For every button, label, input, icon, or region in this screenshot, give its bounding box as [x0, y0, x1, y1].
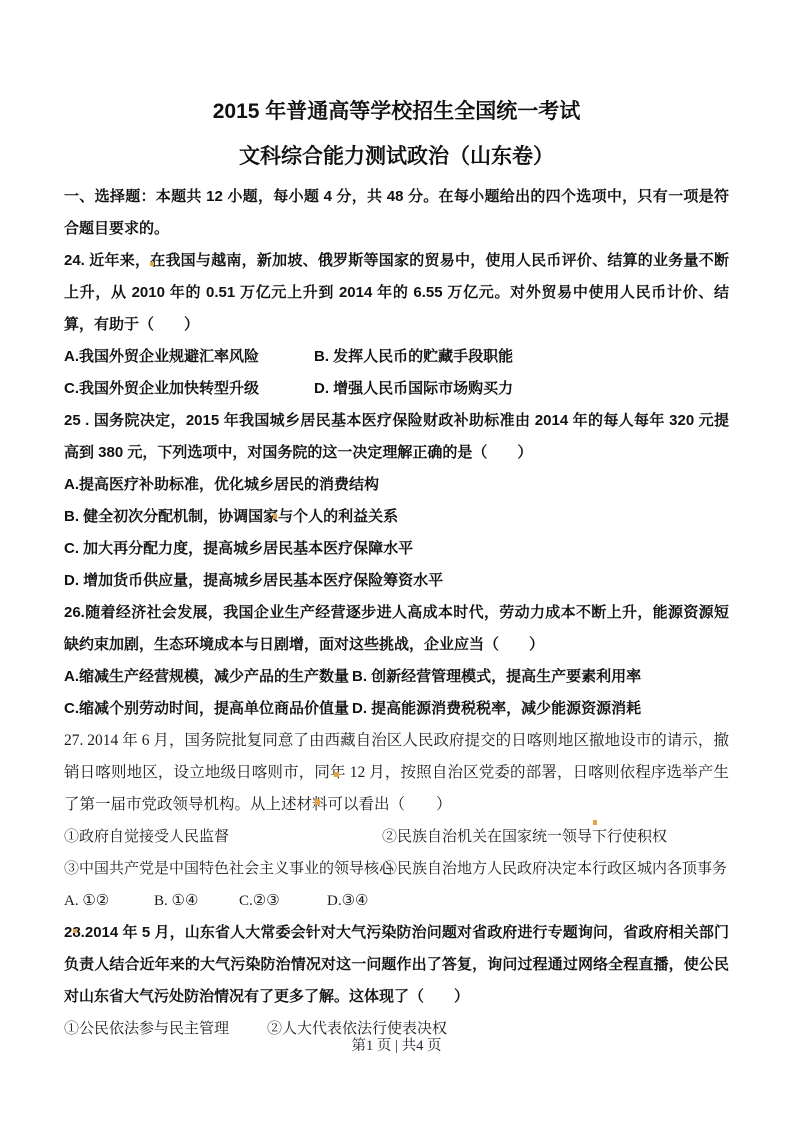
option-row: A.我国外贸企业规避汇率风险 B. 发挥人民币的贮藏手段职能: [64, 341, 729, 373]
statement-row: ③中国共产党是中国特色社会主义事业的领导核心 ④民族自治地方人民政府决定本行政区…: [64, 853, 729, 885]
scan-artifact-dot: [73, 929, 77, 933]
question-28-stem: 28.2014 年 5 月，山东省人大常委会针对大气污染防治问题对省政府进行专题…: [64, 917, 729, 1013]
document-page: 2015 年普通高等学校招生全国统一考试 文科综合能力测试政治（山东卷） 一、选…: [0, 0, 793, 1122]
exam-subtitle: 文科综合能力测试政治（山东卷）: [0, 143, 793, 171]
question-27-choice-b: B. ①④: [154, 885, 239, 917]
scan-artifact-dot: [150, 262, 154, 266]
question-25-option-c: C. 加大再分配力度，提高城乡居民基本医疗保障水平: [64, 533, 413, 565]
question-27-statement-3: ③中国共产党是中国特色社会主义事业的领导核心: [64, 853, 382, 885]
statement-row: ①政府自觉接受人民监督 ②民族自治机关在国家统一领导下行使积权: [64, 821, 729, 853]
question-27-statement-4: ④民族自治地方人民政府决定本行政区城内各顶事务: [382, 853, 727, 885]
question-26-option-b: B. 创新经营管理模式，提高生产要素利用率: [352, 661, 641, 693]
document-header: 2015 年普通高等学校招生全国统一考试 文科综合能力测试政治（山东卷）: [0, 0, 793, 171]
question-24-option-b: B. 发挥人民币的贮藏手段职能: [314, 341, 513, 373]
option-row: D. 增加货币供应量，提高城乡居民基本医疗保险筹资水平: [64, 565, 729, 597]
question-26-option-c: C.缩减个别劳动时间，提高单位商品价值量: [64, 693, 352, 725]
option-row: C. 加大再分配力度，提高城乡居民基本医疗保障水平: [64, 533, 729, 565]
exam-title: 2015 年普通高等学校招生全国统一考试: [0, 98, 793, 126]
section-instruction: 一、选择题：本题共 12 小题，每小题 4 分，共 48 分。在每小题给出的四个…: [64, 181, 729, 245]
question-24-option-d: D. 增强人民币国际市场购买力: [314, 373, 513, 405]
question-27-statement-2: ②民族自治机关在国家统一领导下行使积权: [382, 821, 667, 853]
scan-artifact-dot: [315, 799, 320, 805]
question-24-option-c: C.我国外贸企业加快转型升级: [64, 373, 314, 405]
scan-artifact-dot: [273, 514, 277, 519]
scan-artifact-dot: [593, 820, 597, 825]
question-25-stem: 25 . 国务院决定，2015 年我国城乡居民基本医疗保险财政补助标准由 201…: [64, 405, 729, 469]
option-row: A.缩减生产经营规模，减少产品的生产数量 B. 创新经营管理模式，提高生产要素利…: [64, 661, 729, 693]
question-26-option-d: D. 提高能源消费税税率，减少能源资源消耗: [352, 693, 641, 725]
choice-row: A. ①② B. ①④ C.②③ D.③④: [64, 885, 729, 917]
question-26-stem: 26.随着经济社会发展，我国企业生产经营逐步进人高成本时代，劳动力成本不断上升，…: [64, 597, 729, 661]
question-24-option-a: A.我国外贸企业规避汇率风险: [64, 341, 314, 373]
question-26-option-a: A.缩减生产经营规模，减少产品的生产数量: [64, 661, 352, 693]
question-27-statement-1: ①政府自觉接受人民监督: [64, 821, 382, 853]
page-number-footer: 第1 页 | 共4 页: [0, 1034, 793, 1055]
scan-artifact-dot: [334, 772, 339, 777]
option-row: A.提高医疗补助标准，优化城乡居民的消费结构: [64, 469, 729, 501]
option-row: C.缩减个别劳动时间，提高单位商品价值量 D. 提高能源消费税税率，减少能源资源…: [64, 693, 729, 725]
option-row: C.我国外贸企业加快转型升级 D. 增强人民币国际市场购买力: [64, 373, 729, 405]
question-27-choice-d: D.③④: [327, 885, 368, 917]
question-25-option-d: D. 增加货币供应量，提高城乡居民基本医疗保险筹资水平: [64, 565, 443, 597]
question-24-stem: 24. 近年来，在我国与越南，新加坡、俄罗斯等国家的贸易中，使用人民币评价、结算…: [64, 245, 729, 341]
question-27-choice-c: C.②③: [239, 885, 327, 917]
question-25-option-b: B. 健全初次分配机制，协调国家与个人的利益关系: [64, 501, 398, 533]
question-25-option-a: A.提高医疗补助标准，优化城乡居民的消费结构: [64, 469, 379, 501]
question-27-stem: 27. 2014 年 6 月，国务院批复同意了由西藏自治区人民政府提交的日喀则地…: [64, 725, 729, 821]
question-27-choice-a: A. ①②: [64, 885, 154, 917]
document-body: 一、选择题：本题共 12 小题，每小题 4 分，共 48 分。在每小题给出的四个…: [64, 181, 729, 1045]
option-row: B. 健全初次分配机制，协调国家与个人的利益关系: [64, 501, 729, 533]
